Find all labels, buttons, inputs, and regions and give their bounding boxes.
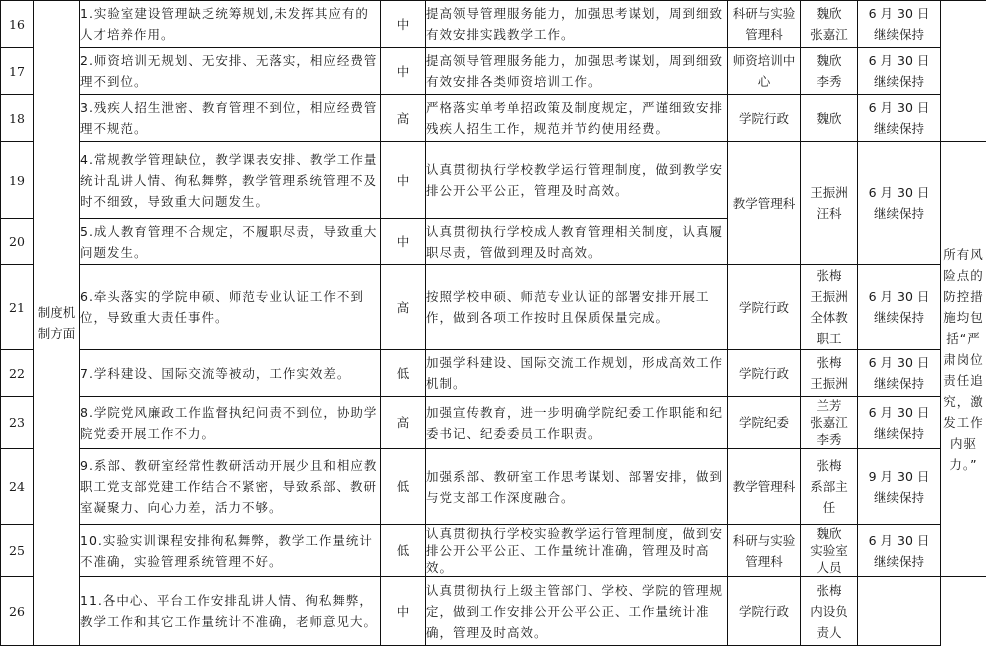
table-row: 24 9.系部、教研室经常性教研活动开展少且和相应教职工党支部党建工作结合不紧密… [1, 449, 986, 525]
person-name: 系部主 [801, 476, 857, 497]
deadline-status: 继续保持 [858, 203, 940, 224]
deadline-empty [858, 577, 941, 636]
risk-description: 9.系部、教研室经常性教研活动开展少且和相应教职工党支部党建工作结合不紧密，导致… [80, 449, 381, 525]
risk-description: 7.学科建设、国际交流等被动，工作实效差。 [80, 350, 381, 397]
person-name: 李秀 [801, 431, 857, 448]
responsible-person: 张梅王振洲 [801, 350, 858, 397]
person-name: 任 [801, 497, 857, 518]
control-measure: 认真贯彻执行学校实验教学运行管理制度，做到安排公开公平公正、工作量统计准确，管理… [426, 525, 728, 577]
responsible-dept: 教学管理科 [728, 449, 801, 525]
deadline-status: 继续保持 [858, 487, 940, 508]
deadline-status: 继续保持 [858, 24, 940, 45]
person-name: 王振洲 [801, 286, 857, 307]
deadline: 6 月 30 日继续保持 [858, 48, 941, 95]
control-measure: 认真贯彻执行学校教学运行管理制度，做到教学安排公开公平公正，管理及时高效。 [426, 142, 728, 219]
category-cell: 制度机制方面 [34, 1, 80, 636]
person-name: 张梅 [801, 352, 857, 373]
deadline-date: 9 月 30 日 [858, 466, 940, 487]
deadline-date: 6 月 30 日 [858, 3, 940, 24]
row-number: 20 [1, 219, 34, 265]
responsible-person: 张梅王振洲全体教职工 [801, 265, 858, 350]
person-name: 张梅 [801, 580, 857, 601]
row-number: 21 [1, 265, 34, 350]
table-row: 21 6.牵头落实的学院申硕、师范专业认证工作不到位，导致重大责任事件。 高 按… [1, 265, 986, 350]
risk-level: 中 [381, 142, 426, 219]
table-row: 26 11.各中心、平台工作安排乱讲人情、徇私舞弊，教学工作和其它工作量统计不准… [1, 577, 986, 636]
risk-level: 低 [381, 449, 426, 525]
table-row: 18 3.残疾人招生泄密、教育管理不到位，相应经费管理不规范。 高 严格落实单考… [1, 95, 986, 142]
person-name: 兰芳 [801, 397, 857, 414]
responsible-person: 魏欣李秀 [801, 48, 858, 95]
deadline-status: 继续保持 [858, 307, 940, 328]
table-row: 17 2.师资培训无规划、无安排、无落实，相应经费管理不到位。 中 提高领导管理… [1, 48, 986, 95]
deadline-date: 6 月 30 日 [858, 50, 940, 71]
deadline-status: 继续保持 [858, 71, 940, 92]
table-row: 25 10.实验实训课程安排徇私舞弊，教学工作量统计不准确，实验管理系统管理不好… [1, 525, 986, 577]
control-measure: 提高领导管理服务能力，加强思考谋划，周到细致有效安排实践教学工作。 [426, 1, 728, 48]
deadline: 6 月 30 日继续保持 [858, 142, 941, 265]
responsible-dept: 科研与实验管理科 [728, 525, 801, 577]
person-name: 职工 [801, 328, 857, 349]
responsible-person: 张梅系部主任 [801, 449, 858, 525]
risk-description: 6.牵头落实的学院申硕、师范专业认证工作不到位，导致重大责任事件。 [80, 265, 381, 350]
deadline-date: 6 月 30 日 [858, 97, 940, 118]
risk-description: 5.成人教育管理不合规定，不履职尽责，导致重大问题发生。 [80, 219, 381, 265]
responsible-dept: 学院纪委 [728, 397, 801, 449]
responsible-person: 张梅内设负责人 [801, 577, 858, 636]
risk-description: 10.实验实训课程安排徇私舞弊，教学工作量统计不准确，实验管理系统管理不好。 [80, 525, 381, 577]
risk-description: 4.常规教学管理缺位，教学课表安排、教学工作量统计乱讲人情、徇私舞弊，教学管理系… [80, 142, 381, 219]
person-name: 全体教 [801, 307, 857, 328]
row-number: 24 [1, 449, 34, 525]
deadline: 6 月 30 日继续保持 [858, 265, 941, 350]
risk-level: 中 [381, 1, 426, 48]
person-name: 魏欣 [801, 108, 857, 129]
person-name: 魏欣 [801, 3, 857, 24]
control-measure: 认真贯彻执行学校成人教育管理相关制度，认真履职尽责，管做到理及时高效。 [426, 219, 728, 265]
person-name: 王振洲 [801, 373, 857, 394]
responsible-dept: 教学管理科 [728, 142, 801, 265]
row-number: 19 [1, 142, 34, 219]
risk-level: 中 [381, 219, 426, 265]
person-name: 张梅 [801, 455, 857, 476]
table-row: 19 4.常规教学管理缺位，教学课表安排、教学工作量统计乱讲人情、徇私舞弊，教学… [1, 142, 986, 219]
person-name: 张嘉江 [801, 24, 857, 45]
responsible-person: 魏欣 [801, 95, 858, 142]
risk-level: 中 [381, 48, 426, 95]
control-measure: 加强宣传教育，进一步明确学院纪委工作职能和纪委书记、纪委委员工作职责。 [426, 397, 728, 449]
note-cell-empty-top [941, 1, 986, 142]
person-name: 张嘉江 [801, 414, 857, 431]
risk-level: 高 [381, 397, 426, 449]
risk-description: 2.师资培训无规划、无安排、无落实，相应经费管理不到位。 [80, 48, 381, 95]
deadline-date: 6 月 30 日 [858, 402, 940, 423]
control-measure: 按照学校申硕、师范专业认证的部署安排开展工作，做到各项工作按时且保质保量完成。 [426, 265, 728, 350]
deadline: 6 月 30 日继续保持 [858, 95, 941, 142]
row-number: 23 [1, 397, 34, 449]
responsible-dept: 师资培训中心 [728, 48, 801, 95]
risk-description: 11.各中心、平台工作安排乱讲人情、徇私舞弊，教学工作和其它工作量统计不准确，老… [80, 577, 381, 636]
risk-control-table: 16 制度机制方面 1.实验室建设管理缺乏统筹规划,未发挥其应有的人才培养作用。… [0, 0, 986, 635]
deadline-status: 继续保持 [858, 551, 940, 572]
person-name: 汪科 [801, 203, 857, 224]
person-name: 内设负 [801, 601, 857, 622]
person-name: 张梅 [801, 265, 857, 286]
row-number: 22 [1, 350, 34, 397]
risk-level: 高 [381, 95, 426, 142]
deadline-date: 6 月 30 日 [858, 530, 940, 551]
person-name: 李秀 [801, 71, 857, 92]
responsible-dept: 学院行政 [728, 577, 801, 636]
risk-level: 低 [381, 525, 426, 577]
person-name: 责人 [801, 622, 857, 636]
person-name: 魏欣 [801, 525, 857, 542]
responsible-person: 王振洲汪科 [801, 142, 858, 265]
deadline-date: 6 月 30 日 [858, 182, 940, 203]
row-number: 26 [1, 577, 34, 636]
deadline-status: 继续保持 [858, 423, 940, 444]
person-name: 魏欣 [801, 50, 857, 71]
row-number: 25 [1, 525, 34, 577]
risk-description: 3.残疾人招生泄密、教育管理不到位，相应经费管理不规范。 [80, 95, 381, 142]
responsible-dept: 科研与实验管理科 [728, 1, 801, 48]
table-row: 23 8.学院党风廉政工作监督执纪问责不到位，协助学院党委开展工作不力。 高 加… [1, 397, 986, 449]
responsible-dept: 学院行政 [728, 95, 801, 142]
deadline: 6 月 30 日继续保持 [858, 350, 941, 397]
row-number: 17 [1, 48, 34, 95]
risk-description: 1.实验室建设管理缺乏统筹规划,未发挥其应有的人才培养作用。 [80, 1, 381, 48]
control-measure: 提高领导管理服务能力，加强思考谋划，周到细致有效安排各类师资培训工作。 [426, 48, 728, 95]
control-measure: 加强学科建设、国际交流工作规划，形成高效工作机制。 [426, 350, 728, 397]
responsible-person: 兰芳张嘉江李秀 [801, 397, 858, 449]
row-number: 16 [1, 1, 34, 48]
table-row: 22 7.学科建设、国际交流等被动，工作实效差。 低 加强学科建设、国际交流工作… [1, 350, 986, 397]
deadline-date: 6 月 30 日 [858, 352, 940, 373]
deadline-date: 6 月 30 日 [858, 286, 940, 307]
risk-level: 高 [381, 265, 426, 350]
deadline: 6 月 30 日继续保持 [858, 397, 941, 449]
risk-level: 低 [381, 350, 426, 397]
deadline: 9 月 30 日继续保持 [858, 449, 941, 525]
deadline: 6 月 30 日继续保持 [858, 525, 941, 577]
person-name: 人员 [801, 559, 857, 576]
person-name: 实验室 [801, 542, 857, 559]
control-measure: 加强系部、教研室工作思考谋划、部署安排，做到与党支部工作深度融合。 [426, 449, 728, 525]
responsible-dept: 学院行政 [728, 265, 801, 350]
responsible-person: 魏欣实验室人员 [801, 525, 858, 577]
row-number: 18 [1, 95, 34, 142]
risk-description: 8.学院党风廉政工作监督执纪问责不到位，协助学院党委开展工作不力。 [80, 397, 381, 449]
deadline-status: 继续保持 [858, 373, 940, 394]
deadline: 6 月 30 日继续保持 [858, 1, 941, 48]
deadline-status: 继续保持 [858, 118, 940, 139]
responsible-dept: 学院行政 [728, 350, 801, 397]
responsible-person: 魏欣张嘉江 [801, 1, 858, 48]
control-measure: 严格落实单考单招政策及制度规定，严谨细致安排残疾人招生工作，规范并节约使用经费。 [426, 95, 728, 142]
risk-level: 中 [381, 577, 426, 636]
table-row: 16 制度机制方面 1.实验室建设管理缺乏统筹规划,未发挥其应有的人才培养作用。… [1, 1, 986, 48]
control-measure: 认真贯彻执行上级主管部门、学校、学院的管理规定，做到工作安排公开公平公正、工作量… [426, 577, 728, 636]
person-name: 王振洲 [801, 182, 857, 203]
note-cell: 所有风险点的防控措施均包括“严肃岗位责任追究，激发工作内驱力。” [941, 142, 986, 577]
